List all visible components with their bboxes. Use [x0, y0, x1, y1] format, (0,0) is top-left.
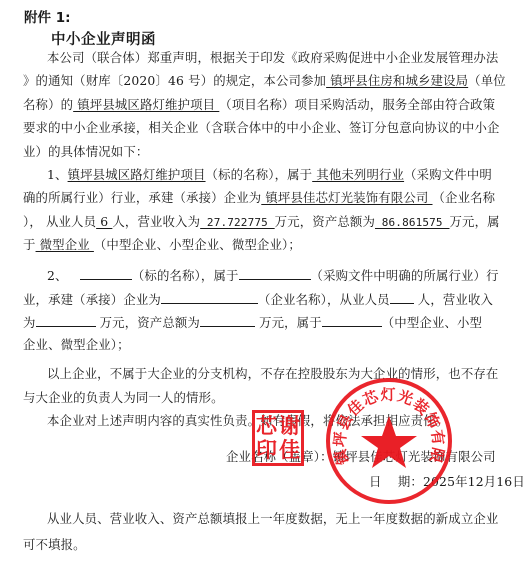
- text: 万元，资产总额为: [100, 315, 200, 330]
- text: （中型企业、小型企业、微型企业）；: [94, 237, 301, 252]
- text: 万元，属: [449, 214, 499, 229]
- page-title: 中小企业声明函: [51, 28, 156, 49]
- text: 于: [23, 237, 36, 252]
- text: ）， 从业人员: [23, 214, 96, 229]
- para1-line2: 》的通知（财库〔2020〕46 号）的规定，本公司参加 镇坪县住房和城乡建设局（…: [23, 73, 506, 89]
- star-icon: [361, 416, 417, 468]
- text: （采购文件中明: [404, 167, 492, 182]
- para1-line1: 本公司（联合体）郑重声明，根据关于印发《政府采购促进中小企业发展管理办法: [47, 50, 498, 66]
- seal-char: 佳: [278, 438, 301, 462]
- note-line2: 可不填报。: [23, 537, 86, 553]
- text: （标的名称），属于: [132, 268, 239, 283]
- purchaser-name: 镇坪县住房和城乡建设局: [326, 73, 468, 88]
- text: 名称）的: [23, 97, 73, 112]
- para1-line5: 业）的具体情况如下：: [23, 144, 148, 160]
- item1-line1: 1、镇坪县城区路灯维护项目（标的名称），属于 其他未列明行业（采购文件中明: [47, 167, 492, 183]
- item2-line1: 2、 （标的名称），属于（采购文件中明确的所属行业）行: [47, 267, 499, 284]
- text: （企业名称），从业人员: [258, 292, 390, 307]
- text: 1、: [47, 167, 68, 182]
- item2-line2: 业，承建（承接）企业为（企业名称），从业人员 人，营业收入: [23, 291, 493, 308]
- text: 为: [23, 315, 36, 330]
- assets-blank[interactable]: [200, 314, 255, 327]
- text: （项目名称）项目采购活动，服务全部由符合政策: [219, 97, 495, 112]
- text: 人，营业收入为: [112, 214, 200, 229]
- scale-blank[interactable]: [322, 314, 382, 327]
- para2-line2: 与大企业的负责人为同一人的情形。: [23, 390, 224, 406]
- text: 2、: [47, 268, 68, 283]
- revenue-value: 27.722775: [200, 216, 275, 229]
- text: （标的名称），属于: [206, 167, 313, 182]
- company-seal-graphic: 镇坪县佳芯灯光装饰有限公司: [326, 378, 452, 504]
- para1-line4: 要求的中小企业承接，相关企业（含联合体中的中小企业、签订分包意向协议的中小企: [23, 120, 500, 136]
- personal-seal: 芯谢 印佳: [252, 410, 304, 466]
- item1-line3: ）， 从业人员 6 人，营业收入为 27.722775 万元，资产总额为 86.…: [23, 214, 500, 231]
- seal-char: 印: [255, 438, 278, 462]
- revenue-blank[interactable]: [36, 314, 96, 327]
- seal-char: 谢: [278, 414, 301, 438]
- text: 确的所属行业）行业，承建（承接）企业为: [23, 190, 261, 205]
- note-line1: 从业人员、营业收入、资产总额填报上一年度数据，无上一年度数据的新成立企业: [47, 511, 498, 527]
- company-name: 镇坪县佳芯灯光装饰有限公司: [261, 190, 432, 205]
- text: （采购文件中明确的所属行业）行: [311, 268, 499, 283]
- seal-char: 芯: [255, 414, 278, 438]
- assets-value: 86.861575: [375, 216, 450, 229]
- text: 万元，资产总额为: [275, 214, 375, 229]
- text: 业，承建（承接）企业为: [23, 292, 161, 307]
- text: 万元，属于: [259, 315, 322, 330]
- text: （中型企业、小型: [382, 315, 482, 330]
- company-name-blank[interactable]: [161, 291, 258, 304]
- item1-line2: 确的所属行业）行业，承建（承接）企业为 镇坪县佳芯灯光装饰有限公司 （企业名称: [23, 190, 495, 206]
- para1-line3: 名称）的 镇坪县城区路灯维护项目 （项目名称）项目采购活动，服务全部由符合政策: [23, 97, 495, 113]
- enterprise-scale: 微型企业: [36, 237, 94, 252]
- text: 》的通知（财库〔2020〕46 号）的规定，本公司参加: [23, 73, 326, 88]
- subject-name-blank[interactable]: [80, 267, 132, 280]
- text: （企业名称: [433, 190, 496, 205]
- text: 本公司（联合体）郑重声明，根据关于印发《政府采购促进中小企业发展管理办法: [47, 50, 498, 65]
- industry-blank[interactable]: [239, 267, 311, 280]
- industry: 其他未列明行业: [312, 167, 404, 182]
- item1-line4: 于 微型企业 （中型企业、小型企业、微型企业）；: [23, 237, 301, 253]
- item2-line4: 企业、微型企业）；: [23, 337, 130, 353]
- subject-name: 镇坪县城区路灯维护项目: [68, 167, 206, 182]
- employees-value: 6: [96, 214, 112, 229]
- attachment-label: 附件 1:: [24, 6, 71, 26]
- item2-line3: 为 万元，资产总额为 万元，属于（中型企业、小型: [23, 314, 482, 331]
- text: （单位: [468, 73, 506, 88]
- text: 人，营业收入: [418, 292, 493, 307]
- project-name: 镇坪县城区路灯维护项目: [73, 97, 219, 112]
- employees-blank[interactable]: [390, 291, 414, 304]
